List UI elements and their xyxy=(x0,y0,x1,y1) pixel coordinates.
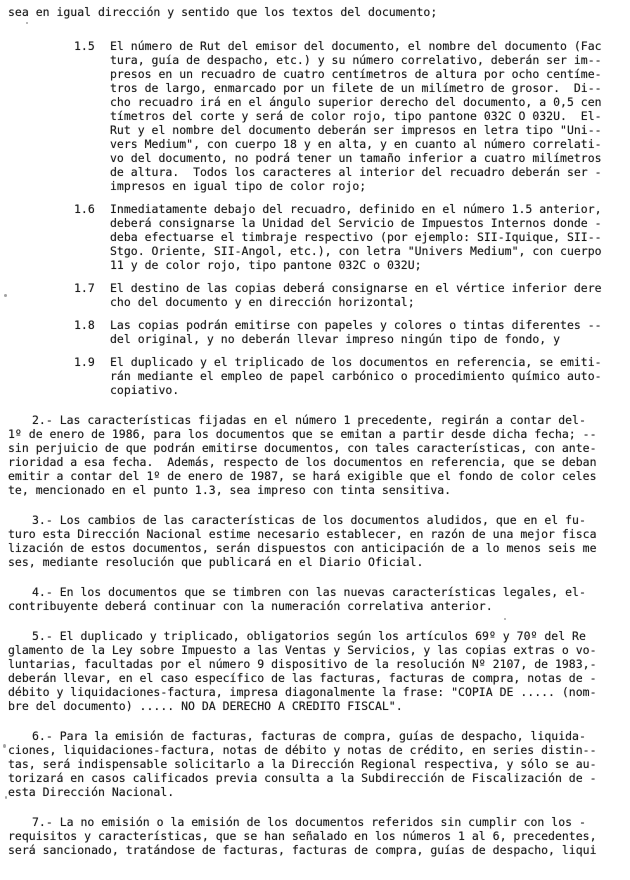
item-number: 1.7 xyxy=(74,281,110,309)
paragraph-6: 6.- Para la emisión de facturas, factura… xyxy=(8,729,624,799)
item-1-5: 1.5 El número de Rut del emisor del docu… xyxy=(74,39,624,193)
item-text: Inmediatamente debajo del recuadro, defi… xyxy=(110,202,624,272)
body-paragraphs: 2.- Las características fijadas en el nú… xyxy=(8,413,624,857)
item-1-6: 1.6 Inmediatamente debajo del recuadro, … xyxy=(74,202,624,272)
document-page: sea en igual dirección y sentido que los… xyxy=(0,0,630,857)
continuation-line: sea en igual dirección y sentido que los… xyxy=(8,5,624,19)
item-1-9: 1.9 El duplicado y el triplicado de los … xyxy=(74,355,624,397)
scan-speck xyxy=(5,796,7,799)
item-number: 1.6 xyxy=(74,202,110,272)
item-number: 1.9 xyxy=(74,355,110,397)
scan-speck xyxy=(26,22,28,24)
scan-speck xyxy=(504,618,506,620)
paragraph-2: 2.- Las características fijadas en el nú… xyxy=(8,413,624,497)
item-text: El destino de las copias deberá consigna… xyxy=(110,281,624,309)
scan-speck xyxy=(3,744,6,748)
item-number: 1.8 xyxy=(74,318,110,346)
paragraph-7: 7.- La no emisión o la emisión de los do… xyxy=(8,815,624,857)
paragraph-4: 4.- En los documentos que se timbren con… xyxy=(8,585,624,613)
scan-speck xyxy=(4,294,7,297)
item-number: 1.5 xyxy=(74,39,110,193)
item-1-8: 1.8 Las copias podrán emitirse con papel… xyxy=(74,318,624,346)
paragraph-3: 3.- Los cambios de las características d… xyxy=(8,513,624,569)
paragraph-5: 5.- El duplicado y triplicado, obligator… xyxy=(8,629,624,713)
item-1-7: 1.7 El destino de las copias deberá cons… xyxy=(74,281,624,309)
item-text: El número de Rut del emisor del document… xyxy=(110,39,624,193)
item-text: El duplicado y el triplicado de los docu… xyxy=(110,355,624,397)
item-text: Las copias podrán emitirse con papeles y… xyxy=(110,318,624,346)
